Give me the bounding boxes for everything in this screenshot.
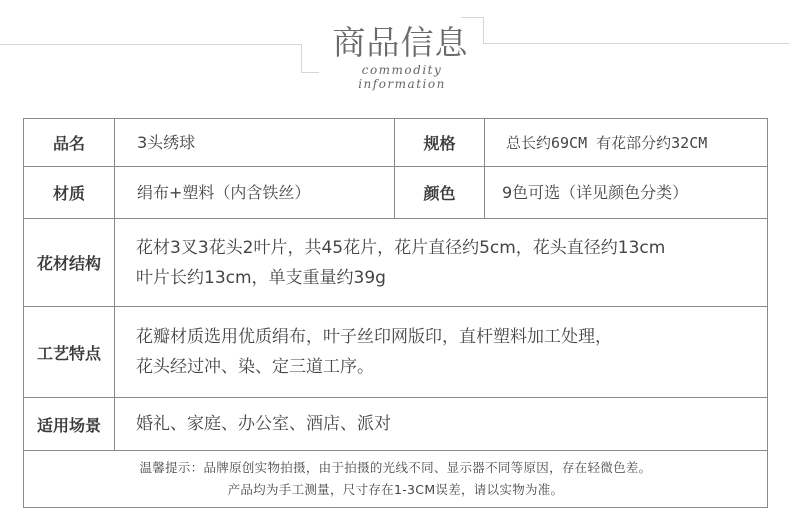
note-line-1: 温馨提示：品牌原创实物拍摄，由于拍摄的光线不同、显示器不同等原因，存在轻微色差。 [24,451,767,479]
value-spec: 总长约69CM 有花部分约32CM [485,119,767,166]
header-line-left-foot [301,72,319,73]
header-line-right-top [461,17,484,18]
table-row-structure: 花材结构 花材3叉3花头2叶片，共45花片，花片直径约5cm，花头直径约13cm… [24,219,767,307]
header-line-right [483,43,790,44]
header-line-left-drop [301,44,302,73]
label-usage: 适用场景 [24,398,115,450]
value-material: 绢布+塑料（内含铁丝） [115,167,394,218]
label-spec: 规格 [394,119,485,166]
value-color: 9色可选（详见颜色分类） [485,167,767,218]
label-color: 颜色 [394,167,485,218]
structure-line-1: 花材3叉3花头2叶片，共45花片，花片直径约5cm，花头直径约13cm [136,233,665,263]
craft-line-2: 花头经过冲、染、定三道工序。 [136,352,374,382]
value-product-name: 3头绣球 [115,119,394,166]
label-product-name: 品名 [24,119,115,166]
page-subtitle: commodity information [322,63,482,91]
table-row-material-color: 材质 绢布+塑料（内含铁丝） 颜色 9色可选（详见颜色分类） [24,167,767,219]
product-info-table: 品名 3头绣球 规格 总长约69CM 有花部分约32CM 材质 绢布+塑料（内含… [23,118,768,508]
value-craft: 花瓣材质选用优质绢布，叶子丝印网版印，直杆塑料加工处理， 花头经过冲、染、定三道… [115,307,767,397]
label-structure: 花材结构 [24,219,115,306]
structure-line-2: 叶片长约13cm，单支重量约39g [136,263,386,293]
table-row-craft: 工艺特点 花瓣材质选用优质绢布，叶子丝印网版印，直杆塑料加工处理， 花头经过冲、… [24,307,767,398]
header-line-left [0,44,302,45]
note-line-2: 产品均为手工测量，尺寸存在1-3CM误差，请以实物为准。 [24,479,767,501]
label-material: 材质 [24,167,115,218]
header-line-right-rise [483,17,484,44]
value-usage: 婚礼、家庭、办公室、酒店、派对 [115,398,767,450]
notes-section: 温馨提示：品牌原创实物拍摄，由于拍摄的光线不同、显示器不同等原因，存在轻微色差。… [24,451,767,507]
craft-line-1: 花瓣材质选用优质绢布，叶子丝印网版印，直杆塑料加工处理， [136,322,612,352]
table-row-name-spec: 品名 3头绣球 规格 总长约69CM 有花部分约32CM [24,119,767,167]
label-craft: 工艺特点 [24,307,115,397]
table-row-usage: 适用场景 婚礼、家庭、办公室、酒店、派对 [24,398,767,451]
page-title: 商品信息 [328,22,473,64]
value-structure: 花材3叉3花头2叶片，共45花片，花片直径约5cm，花头直径约13cm 叶片长约… [115,219,767,306]
usage-line-1: 婚礼、家庭、办公室、酒店、派对 [136,409,391,439]
